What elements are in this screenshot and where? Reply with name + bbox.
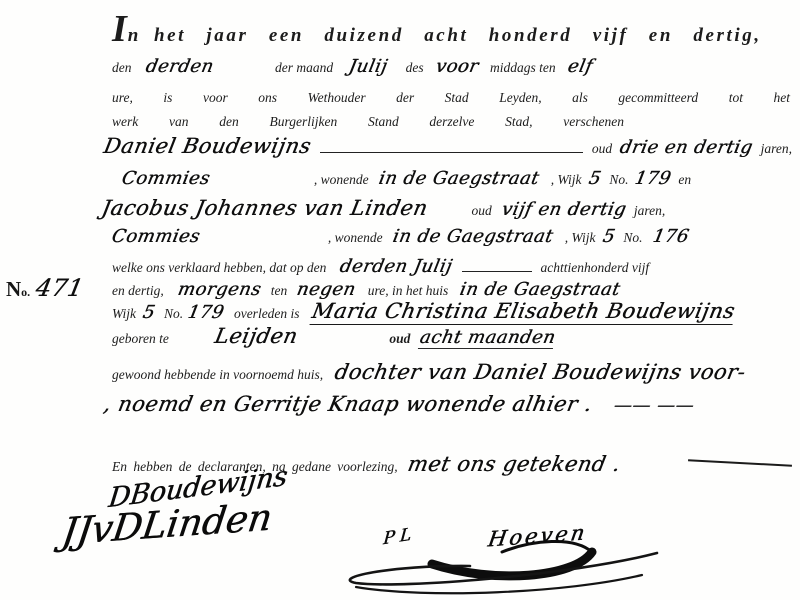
- line-year: I n het jaar een duizend acht honderd vi…: [112, 14, 792, 47]
- drop-cap-I: I: [112, 14, 127, 44]
- printed-wijk-3: Wijk: [112, 306, 136, 322]
- act-number-label: N: [6, 277, 21, 302]
- printed-middags-ten: middags ten: [490, 60, 556, 76]
- hw-mother: , noemd en Gerritje Knaap wonende alhier…: [102, 392, 595, 416]
- printed-ten: ten: [271, 283, 288, 299]
- line-born: geboren te Leijden oud acht maanden: [112, 324, 792, 349]
- death-certificate-page: No. 471 I n het jaar een duizend acht ho…: [0, 0, 800, 600]
- hw-wijk-2: 5: [601, 226, 617, 247]
- printed-gewoond: gewoond hebbende in voornoemd huis,: [112, 367, 323, 383]
- printed-wijk-2: , Wijk: [565, 230, 596, 246]
- hw-father: dochter van Daniel Boudewijns voor-: [333, 360, 748, 384]
- printed-oud-2: oud: [471, 203, 491, 219]
- printed-wonende-1: , wonende: [314, 172, 369, 188]
- line-declarant1-address: Commies , wonende in de Gaegstraat , Wij…: [122, 168, 792, 189]
- printed-jaren-2: jaren,: [634, 203, 665, 219]
- printed-no-3: No.: [164, 306, 183, 322]
- drop-cap-n: n: [128, 25, 141, 47]
- signature-flourish-official: [332, 545, 667, 600]
- year-text: het jaar een duizend acht honderd vijf e…: [154, 25, 762, 47]
- printed-en: en: [678, 172, 691, 188]
- hw-death-date: derden Julij: [338, 256, 454, 277]
- hw-declarant2-age: vijf en dertig: [500, 199, 628, 220]
- hw-declarant1-name: Daniel Boudewijns: [102, 134, 314, 158]
- act-number: No. 471: [6, 274, 83, 302]
- hw-houseno-2: 176: [650, 226, 690, 247]
- printed-der-maand: der maand: [275, 60, 333, 76]
- printed-official-text: ure, is voor ons Wethouder der Stad Leyd…: [112, 90, 790, 105]
- line-declarant2: Jacobus Johannes van Linden oud vijf en …: [102, 196, 792, 220]
- hw-declarant1-age: drie en dertig: [618, 137, 755, 158]
- hw-street-1: in de Gaegstraat: [377, 168, 541, 189]
- printed-wijk-1: , Wijk: [551, 172, 582, 188]
- hw-street-2: in de Gaegstraat: [391, 226, 555, 247]
- printed-wonende-2: , wonende: [328, 230, 383, 246]
- hw-negen: negen: [295, 279, 358, 300]
- line-parents-2: , noemd en Gerritje Knaap wonende alhier…: [104, 392, 792, 416]
- printed-ure-huis: ure, in het huis: [368, 283, 449, 299]
- printed-geboren-te: geboren te: [112, 331, 169, 347]
- printed-verklaard: welke ons verklaard hebben, dat op den: [112, 260, 326, 276]
- printed-oud-1: oud: [592, 141, 612, 157]
- line-deceased: Wijk 5 No. 179 overleden is Maria Christ…: [112, 299, 796, 325]
- hw-wijk-1: 5: [587, 168, 603, 189]
- hw-deceased-name: Maria Christina Elisabeth Boudewijns: [309, 299, 737, 325]
- hw-voor: voor: [434, 56, 481, 77]
- closing-dashes: —— ——: [612, 395, 696, 416]
- filler-rule: [320, 142, 583, 153]
- printed-stand-text: werk van den Burgerlijken Stand derzelve…: [112, 114, 624, 129]
- hw-declarant1-occupation: Commies: [120, 168, 212, 189]
- hw-morgens: morgens: [176, 279, 263, 300]
- printed-oud-3: oud: [389, 331, 410, 347]
- hw-deceased-age: acht maanden: [418, 327, 558, 349]
- line-death-time: en dertig, morgens ten negen ure, in het…: [112, 279, 792, 300]
- hw-birthplace: Leijden: [213, 324, 300, 348]
- line-parents-1: gewoond hebbende in voornoemd huis, doch…: [112, 360, 796, 384]
- line-burgerlijke-stand: werk van den Burgerlijken Stand derzelve…: [112, 114, 624, 130]
- hw-death-street: in de Gaegstraat: [458, 279, 622, 300]
- hw-wijk-3: 5: [141, 302, 157, 323]
- filler-rule: [462, 261, 532, 272]
- printed-no-2: No.: [623, 230, 642, 246]
- line-declarant2-address: Commies , wonende in de Gaegstraat , Wij…: [112, 226, 792, 247]
- hw-hour: elf: [566, 56, 595, 77]
- line-official: ure, is voor ons Wethouder der Stad Leyd…: [112, 90, 790, 106]
- printed-des: des: [406, 60, 424, 76]
- hw-getekend: met ons getekend .: [405, 452, 622, 476]
- hw-houseno-1: 179: [632, 168, 672, 189]
- printed-en-dertig: en dertig,: [112, 283, 164, 299]
- line-declaration: welke ons verklaard hebben, dat op den d…: [112, 256, 792, 277]
- line-declarant1: Daniel Boudewijns oud drie en dertig jar…: [104, 134, 792, 158]
- hw-day: derden: [143, 56, 215, 77]
- act-number-label-sup: o.: [21, 285, 30, 300]
- printed-no-1: No.: [609, 172, 628, 188]
- printed-achttienhonderd: achttienhonderd vijf: [541, 260, 650, 276]
- hw-declarant2-name: Jacobus Johannes van Linden: [100, 196, 430, 220]
- hw-houseno-3: 179: [186, 302, 226, 323]
- hw-declarant2-occupation: Commies: [110, 226, 202, 247]
- signature-declarant2: JJvDLinden: [59, 495, 274, 553]
- printed-jaren-1: jaren,: [761, 141, 792, 157]
- printed-den: den: [112, 60, 132, 76]
- line-date: den derden der maand Julij des voor midd…: [112, 56, 792, 77]
- act-number-value: 471: [33, 274, 86, 302]
- printed-overleden-is: overleden is: [234, 306, 300, 322]
- hw-month: Julij: [347, 56, 389, 77]
